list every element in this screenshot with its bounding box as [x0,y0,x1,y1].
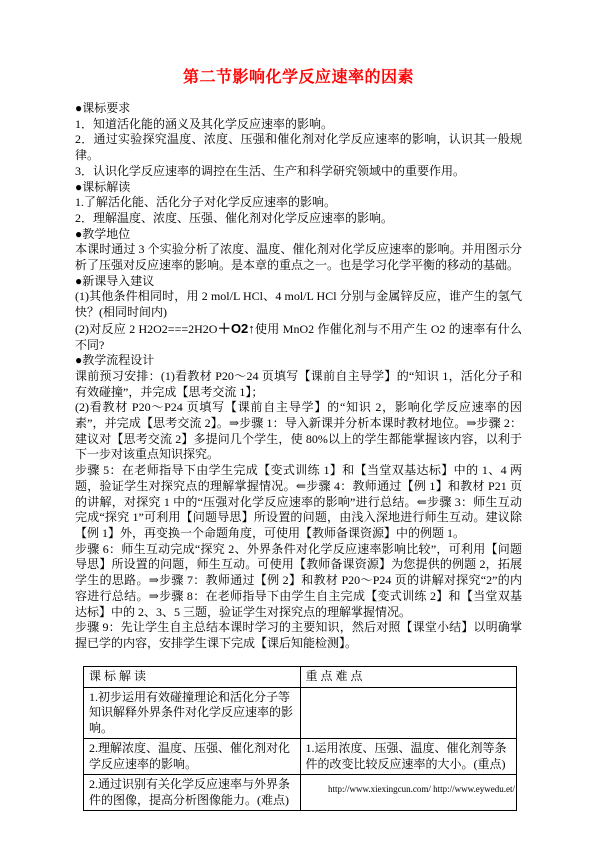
paragraph-steps-6-7-8: 步骤 6：师生互动完成“探究 2、外界条件对化学反应速率影响比较”，可利用【问题… [75,542,522,621]
table-cell-interpretation-2: 2.理解浓度、温度、压强、催化剂对化学反应速率的影响。 [84,739,301,775]
reaction-equation-before: (2)对反应 2 H2O2===2H2O [75,322,217,336]
paragraph-steps-5-4-3: 步骤 5：在老师指导下由学生完成【变式训练 1】和【当堂双基达标】中的 1、4 … [75,463,522,542]
reaction-equation-emphasis: ＋O2↑ [217,321,254,336]
section-heading-lesson-intro-suggestion: ●新课导入建议 [75,274,522,290]
table-cell-keypoint-empty-1 [300,687,517,739]
document-content: 第二节影响化学反应速率的因素 ●课标要求 1．知道活化能的涵义及其化学反应速率的… [75,68,522,811]
table-header-key-difficult-points: 重 点 难 点 [300,666,517,687]
table-header-standard-interpretation: 课 标 解 读 [84,666,301,687]
document-title: 第二节影响化学反应速率的因素 [75,68,522,88]
section-heading-standard-interpretation: ●课标解读 [75,180,522,196]
paragraph-teaching-position: 本课时通过 3 个实验分析了浓度、温度、催化剂对化学反应速率的影响。并用图示分析… [75,242,522,273]
section-heading-teaching-flow-design: ●教学流程设计 [75,353,522,369]
table-row: 2.理解浓度、温度、压强、催化剂对化学反应速率的影响。 1.运用浓度、压强、温度… [84,739,517,775]
footer-link-xiexingcun[interactable]: http://www.xiexingcun.com/ [328,784,431,794]
paragraph-requirement-2: 2．通过实验探究温度、浓度、压强和催化剂对化学反应速率的影响，认识其一般规律。 [75,132,522,163]
table-row: 1.初步运用有效碰撞理论和活化分子等知识解释外界条件对化学反应速率的影响。 [84,687,517,739]
paragraph-intro-question-2: (2)对反应 2 H2O2===2H2O＋O2↑使用 MnO2 作催化剂与不用产… [75,321,522,353]
section-heading-course-standard-requirements: ●课标要求 [75,101,522,117]
paragraph-step-9: 步骤 9：先让学生自主总结本课时学习的主要知识，然后对照【课堂小结】以明确掌握已… [75,620,522,651]
section-heading-teaching-position: ●教学地位 [75,227,522,243]
paragraph-requirement-1: 1．知道活化能的涵义及其化学反应速率的影响。 [75,117,522,133]
paragraph-intro-question-1: (1)其他条件相同时，用 2 mol/L HCl、4 mol/L HCl 分别与… [75,289,522,320]
paragraph-interpretation-2: 2．理解温度、浓度、压强、催化剂对化学反应速率的影响。 [75,211,522,227]
table-cell-interpretation-1: 1.初步运用有效碰撞理论和活化分子等知识解释外界条件对化学反应速率的影响。 [84,687,301,739]
table-cell-keypoint-1: 1.运用浓度、压强、温度、催化剂等条件的改变比较反应速率的大小。(重点) [300,739,517,775]
paragraph-preview-arrangement: 课前预习安排：(1)看教材 P20～24 页填写【课前自主导学】的“知识 1，活… [75,369,522,400]
table-cell-interpretation-3: 2.通过识别有关化学反应速率与外界条件的图像，提高分析图像能力。(难点) [84,775,301,811]
footer-link-eywedu[interactable]: http://www.eywedu.et/ [433,784,515,794]
document-page: 第二节影响化学反应速率的因素 ●课标要求 1．知道活化能的涵义及其化学反应速率的… [0,0,595,842]
paragraph-interpretation-1: 1.了解活化能、活化分子对化学反应速率的影响。 [75,195,522,211]
footer-links: http://www.xiexingcun.com/ http://www.ey… [328,784,515,795]
paragraph-requirement-3: 3．认识化学反应速率的调控在生活、生产和科学研究领域中的重要作用。 [75,164,522,180]
paragraph-steps-1-2: (2)看教材 P20～P24 页填写【课前自主导学】的“知识 2，影响化学反应速… [75,400,522,463]
table-header-row: 课 标 解 读 重 点 难 点 [84,666,517,687]
